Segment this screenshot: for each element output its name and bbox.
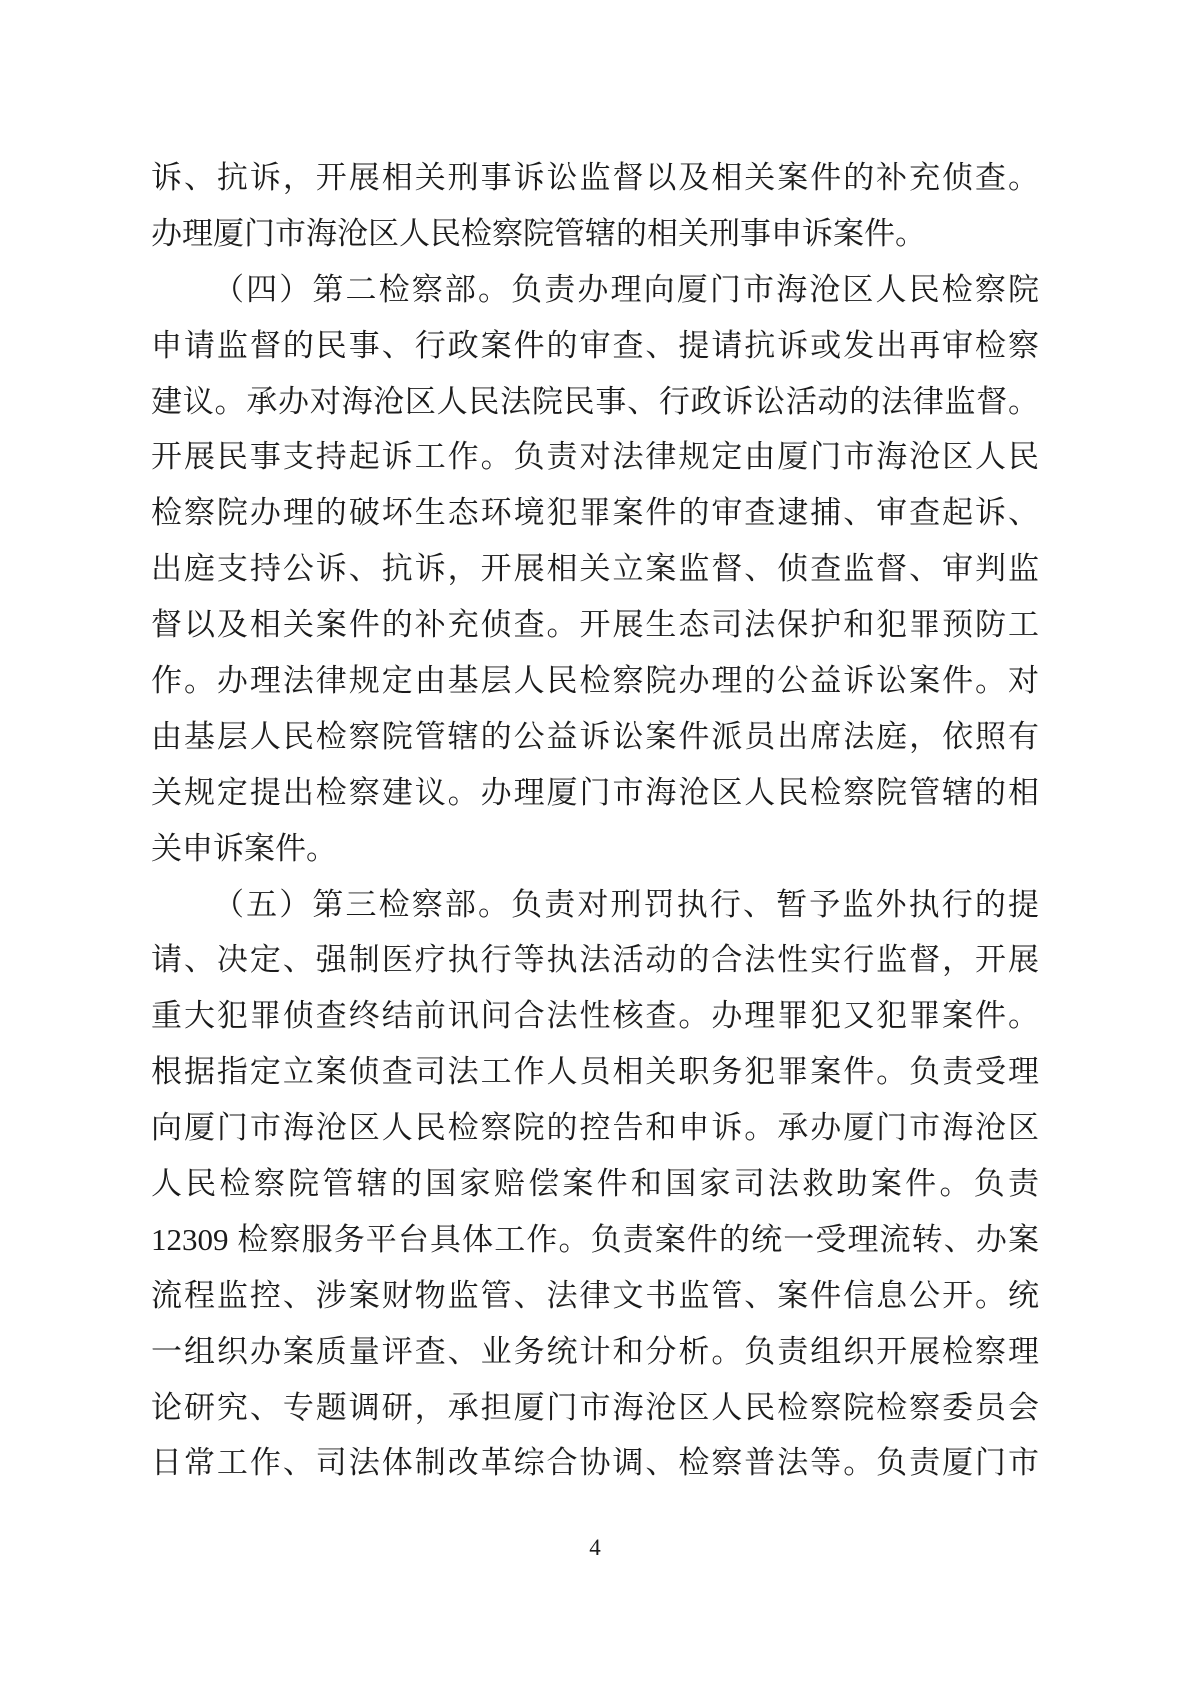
text-line: 关申诉案件。 <box>151 821 1039 877</box>
text-line: 根据指定立案侦查司法工作人员相关职务犯罪案件。负责受理 <box>151 1044 1039 1100</box>
paragraph-section-5: （五）第三检察部。负责对刑罚执行、暂予监外执行的提 请、决定、强制医疗执行等执法… <box>151 877 1039 1492</box>
page-footer: 4 <box>0 1533 1190 1563</box>
page-number: 4 <box>589 1535 601 1560</box>
text-line: 作。办理法律规定由基层人民检察院办理的公益诉讼案件。对 <box>151 653 1039 709</box>
text-line: 日常工作、司法体制改革综合协调、检察普法等。负责厦门市 <box>151 1435 1039 1491</box>
text-line: （五）第三检察部。负责对刑罚执行、暂予监外执行的提 <box>151 877 1039 933</box>
text-line: 关规定提出检察建议。办理厦门市海沧区人民检察院管辖的相 <box>151 765 1039 821</box>
text-line: 流程监控、涉案财物监管、法律文书监管、案件信息公开。统 <box>151 1268 1039 1324</box>
text-line: 论研究、专题调研，承担厦门市海沧区人民检察院检察委员会 <box>151 1380 1039 1436</box>
text-line: 重大犯罪侦查终结前讯问合法性核查。办理罪犯又犯罪案件。 <box>151 988 1039 1044</box>
text-line: 办理厦门市海沧区人民检察院管辖的相关刑事申诉案件。 <box>151 206 1039 262</box>
document-page: 诉、抗诉，开展相关刑事诉讼监督以及相关案件的补充侦查。 办理厦门市海沧区人民检察… <box>0 0 1190 1683</box>
paragraph-continued: 诉、抗诉，开展相关刑事诉讼监督以及相关案件的补充侦查。 办理厦门市海沧区人民检察… <box>151 150 1039 262</box>
text-line: 请、决定、强制医疗执行等执法活动的合法性实行监督，开展 <box>151 932 1039 988</box>
text-line: 诉、抗诉，开展相关刑事诉讼监督以及相关案件的补充侦查。 <box>151 150 1039 206</box>
text-line: 出庭支持公诉、抗诉，开展相关立案监督、侦查监督、审判监 <box>151 541 1039 597</box>
paragraph-section-4: （四）第二检察部。负责办理向厦门市海沧区人民检察院 申请监督的民事、行政案件的审… <box>151 262 1039 877</box>
text-line: 人民检察院管辖的国家赔偿案件和国家司法救助案件。负责 <box>151 1156 1039 1212</box>
text-line: 申请监督的民事、行政案件的审查、提请抗诉或发出再审检察 <box>151 318 1039 374</box>
text-line: 向厦门市海沧区人民检察院的控告和申诉。承办厦门市海沧区 <box>151 1100 1039 1156</box>
text-line: 检察院办理的破坏生态环境犯罪案件的审查逮捕、审查起诉、 <box>151 485 1039 541</box>
text-line: 由基层人民检察院管辖的公益诉讼案件派员出席法庭，依照有 <box>151 709 1039 765</box>
text-line: 开展民事支持起诉工作。负责对法律规定由厦门市海沧区人民 <box>151 429 1039 485</box>
text-line: 督以及相关案件的补充侦查。开展生态司法保护和犯罪预防工 <box>151 597 1039 653</box>
text-line: 12309 检察服务平台具体工作。负责案件的统一受理流转、办案 <box>151 1212 1039 1268</box>
text-line: （四）第二检察部。负责办理向厦门市海沧区人民检察院 <box>151 262 1039 318</box>
document-body: 诉、抗诉，开展相关刑事诉讼监督以及相关案件的补充侦查。 办理厦门市海沧区人民检察… <box>151 150 1039 1491</box>
text-line: 建议。承办对海沧区人民法院民事、行政诉讼活动的法律监督。 <box>151 374 1039 430</box>
text-line: 一组织办案质量评查、业务统计和分析。负责组织开展检察理 <box>151 1324 1039 1380</box>
